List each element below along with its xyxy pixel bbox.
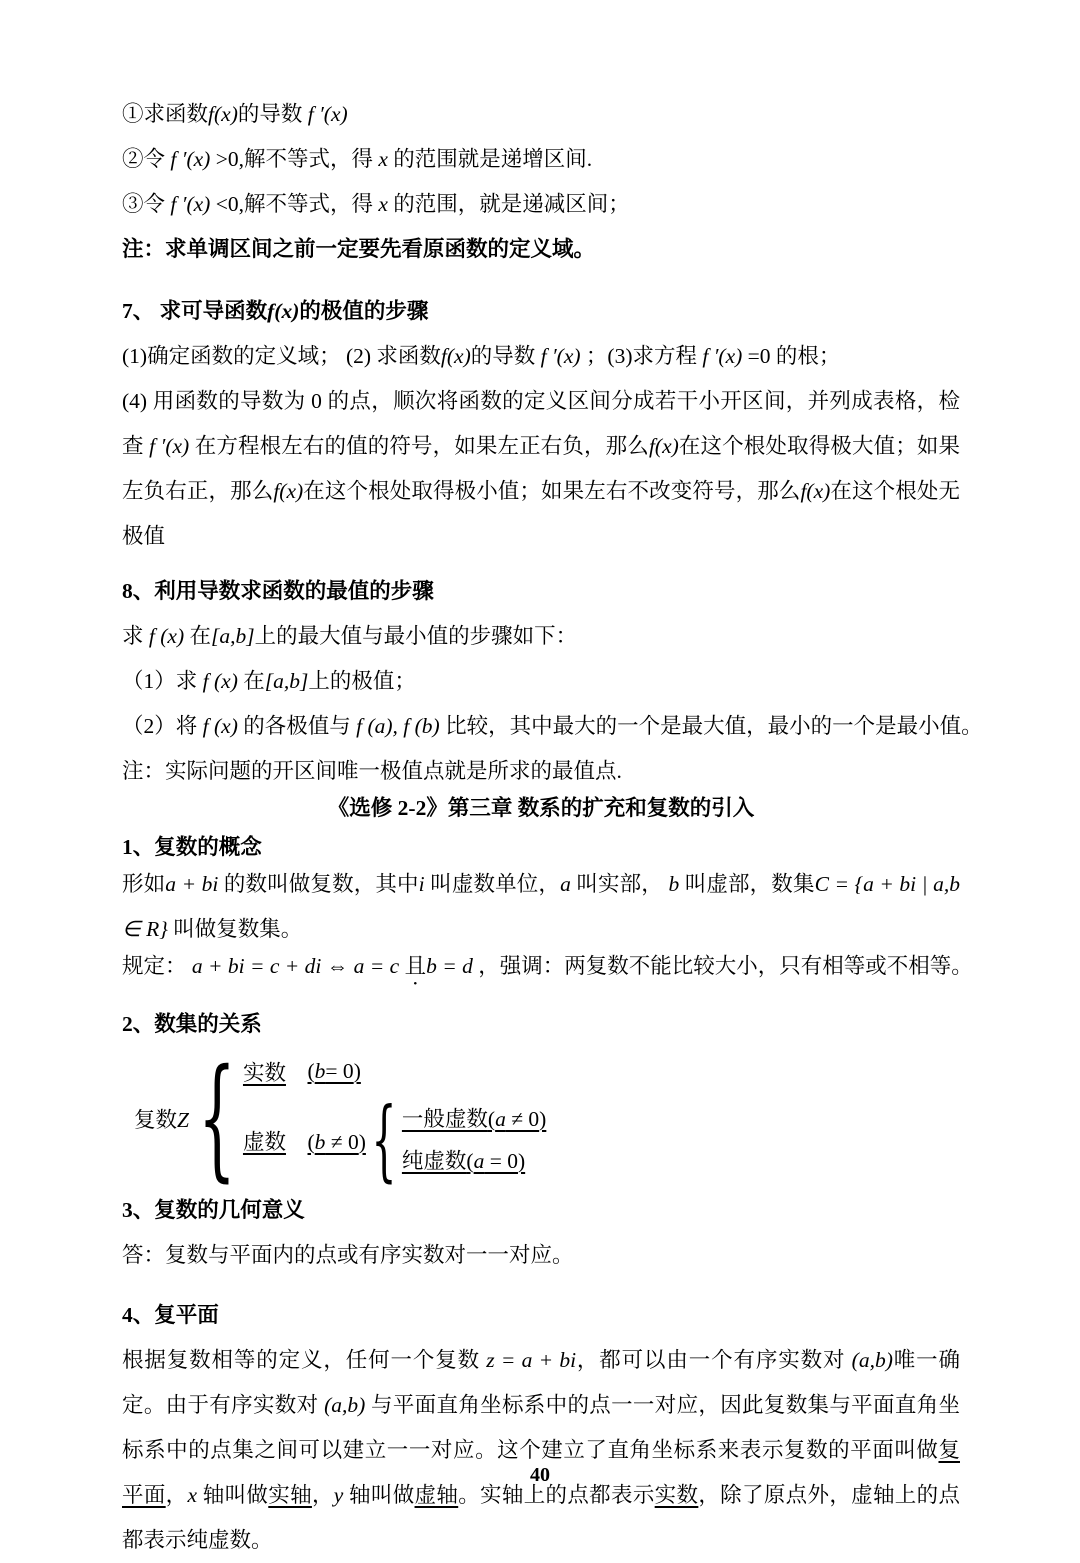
text-run: a + bi xyxy=(165,872,218,896)
complex-rule-line: 规定： a + bi = c + di ⇔ a = c 且b = d ，强调：两… xyxy=(122,944,960,990)
text-run: ，强调：两复数不能比较大小，只有相等或不相等。 xyxy=(473,954,973,978)
text-run: b xyxy=(315,1059,326,1084)
heading-complex-2: 2、数集的关系 xyxy=(122,1002,960,1047)
text-run: [a,b] xyxy=(211,624,255,648)
extreme-steps-1-3: (1)确定函数的定义域； (2) 求函数f(x)的导数 f ′(x) ；(3)求… xyxy=(122,334,960,379)
text-run: f(x) xyxy=(208,102,238,126)
extreme-step-4-paragraph: (4) 用函数的导数为 0 的点，顺次将函数的定义区间分成若干小开区间，并列成表… xyxy=(122,379,960,559)
text-run: 一般虚数 xyxy=(402,1107,488,1131)
heading-complex-3: 3、复数的几何意义 xyxy=(122,1188,960,1233)
text-run: f (x) xyxy=(149,624,184,648)
text-run: f(x) xyxy=(800,479,830,503)
complex-definition-paragraph: 形如a + bi 的数叫做复数，其中i 叫虚数单位，a 叫实部， b 叫虚部，数… xyxy=(122,862,960,952)
text-run: ③令 xyxy=(122,192,170,216)
text-run: ①求函数 xyxy=(122,102,208,126)
text-run: （1）求 xyxy=(122,669,203,693)
text-run: Z xyxy=(177,1108,189,1132)
text-run: 注：实际问题的开区间唯一极值点就是所求的最值点. xyxy=(122,759,622,783)
text-run: 的导数 xyxy=(238,102,308,126)
branch-imaginary: 虚数 (b ≠ 0) { 一般虚数(a ≠ 0) 纯虚数(a = 0) xyxy=(243,1099,546,1181)
text-run: 叫虚数单位， xyxy=(425,872,560,896)
text-run: x xyxy=(378,147,388,171)
text-run: ( xyxy=(308,1059,315,1084)
branch-imaginary-label: 虚数 (b ≠ 0) xyxy=(243,1125,366,1156)
text-run: 的导数 xyxy=(471,344,541,368)
text-run: a + bi = c + di ⇔ a = c xyxy=(192,954,399,978)
text-run: f ′(x) xyxy=(149,434,189,458)
text-run: 的各极值与 xyxy=(238,714,356,738)
text-run: 1、复数的概念 xyxy=(122,835,262,859)
text-run: 叫实部， xyxy=(571,872,669,896)
text-run: 注：求单调区间之前一定要先看原函数的定义域。 xyxy=(122,237,595,261)
complex-plane-paragraph: 根据复数相等的定义，任何一个复数 z = a + bi，都可以由一个有序实数对 … xyxy=(122,1338,960,1563)
text-run: (a,b) xyxy=(852,1348,893,1372)
text-run: = 0 xyxy=(484,1149,518,1173)
text-run: 7、 求可导函数 xyxy=(122,299,267,323)
text-run: (a,b) xyxy=(324,1393,365,1417)
maxmin-step-2: （2）将 f (x) 的各极值与 f (a), f (b) 比较，其中最大的一个… xyxy=(122,704,960,749)
text-run: 答：复数与平面内的点或有序实数对一一对应。 xyxy=(122,1243,574,1267)
text-run: x xyxy=(378,192,388,216)
note-monotonic: 注：求单调区间之前一定要先看原函数的定义域。 xyxy=(122,227,960,272)
text-run: 在 xyxy=(238,669,265,693)
text-run: 《选修 2-2》第三章 数系的扩充和复数的引入 xyxy=(328,796,754,820)
text-run xyxy=(286,1130,308,1154)
text-run: 形如 xyxy=(122,872,165,896)
text-run: z = a + bi xyxy=(486,1348,576,1372)
text-run: 在 xyxy=(184,624,211,648)
branch-real: 实数 (b = 0) xyxy=(243,1056,546,1087)
text-run: 4、复平面 xyxy=(122,1303,219,1327)
line-step-2: ②令 f ′(x) >0,解不等式，得 x 的范围就是递增区间. xyxy=(122,137,960,182)
text-run: f(x) xyxy=(267,299,299,323)
text-run: ( xyxy=(466,1149,473,1173)
text-run: 规定： xyxy=(122,954,192,978)
text-run: ) xyxy=(359,1130,366,1154)
text-run: （2）将 xyxy=(122,714,203,738)
subbranch-pure-imaginary: 纯虚数(a = 0) xyxy=(402,1141,546,1181)
maxmin-intro: 求 f (x) 在[a,b]上的最大值与最小值的步骤如下： xyxy=(122,614,960,659)
text-run: =0 的根； xyxy=(742,344,840,368)
text-run: ②令 xyxy=(122,147,170,171)
text-run: 且 xyxy=(405,954,427,978)
text-run: 2、数集的关系 xyxy=(122,1012,262,1036)
text-run: 的范围就是递增区间. xyxy=(388,147,592,171)
text-run: ≠ 0 xyxy=(506,1107,539,1131)
text-run: 叫做复数集。 xyxy=(168,917,302,941)
text-run: f(x) xyxy=(441,344,471,368)
text-run: <0,解不等式，得 xyxy=(210,192,378,216)
text-run: f ′(x) xyxy=(702,344,742,368)
line-step-3: ③令 f ′(x) <0,解不等式，得 x 的范围，就是递减区间； xyxy=(122,182,960,227)
text-run: a xyxy=(474,1149,485,1173)
heading-section-7: 7、 求可导函数f(x)的极值的步骤 xyxy=(122,289,960,334)
text-run: 纯虚数 xyxy=(402,1149,467,1173)
text-run: 在这个根处取得极小值；如果左右不改变符号，那么 xyxy=(303,479,800,503)
text-run: 比较，其中最大的一个是最大值，最小的一个是最小值。 xyxy=(440,714,983,738)
diagram-label: 复数Z xyxy=(134,1103,189,1134)
text-run: 的极值的步骤 xyxy=(299,299,428,323)
text-run: 上的极值； xyxy=(308,669,416,693)
text-run: f (a), f (b) xyxy=(356,714,440,738)
text-run: [a,b] xyxy=(265,669,309,693)
text-run: f(x) xyxy=(649,434,679,458)
line-step-1: ①求函数f(x)的导数 f ′(x) xyxy=(122,92,960,137)
imaginary-subbranches: 一般虚数(a ≠ 0) 纯虚数(a = 0) xyxy=(402,1099,546,1181)
text-run: ，都可以由一个有序实数对 xyxy=(576,1348,852,1372)
text-run: ；(3)求方程 xyxy=(581,344,703,368)
text-run: a xyxy=(560,872,571,896)
text-run: 根据复数相等的定义，任何一个复数 xyxy=(122,1348,486,1372)
text-run: 在方程根左右的值的符号，如果左正右负，那么 xyxy=(189,434,649,458)
text-run: f(x) xyxy=(273,479,303,503)
text-run xyxy=(286,1056,308,1087)
text-run: f ′(x) xyxy=(170,147,210,171)
text-run: 的范围，就是递减区间； xyxy=(388,192,630,216)
text-run: 复数 xyxy=(134,1108,177,1132)
heading-complex-4: 4、复平面 xyxy=(122,1293,960,1338)
text-run: 3、复数的几何意义 xyxy=(122,1198,305,1222)
text-run: ) xyxy=(354,1059,361,1084)
text-run: 实数 xyxy=(243,1056,286,1087)
text-run: ≠ 0 xyxy=(325,1130,358,1154)
text-run: f (x) xyxy=(203,714,238,738)
text-run: = 0 xyxy=(325,1059,353,1084)
text-run: ) xyxy=(518,1149,525,1173)
text-run: 的数叫做复数，其中 xyxy=(218,872,418,896)
text-run: 虚数 xyxy=(243,1130,286,1154)
text-run: f ′(x) xyxy=(308,102,348,126)
text-run: b xyxy=(668,872,679,896)
text-run: (1)确定函数的定义域； (2) 求函数 xyxy=(122,344,441,368)
page-number: 40 xyxy=(0,1464,1080,1487)
document-page: ①求函数f(x)的导数 f ′(x) ②令 f ′(x) >0,解不等式，得 x… xyxy=(0,0,1080,1527)
maxmin-step-1: （1）求 f (x) 在[a,b]上的极值； xyxy=(122,659,960,704)
subbranch-general-imaginary: 一般虚数(a ≠ 0) xyxy=(402,1099,546,1139)
text-run: f ′(x) xyxy=(541,344,581,368)
diagram-branches: 实数 (b = 0) 虚数 (b ≠ 0) { 一般虚数(a ≠ 0) 纯虚数(… xyxy=(243,1056,546,1181)
text-run: a xyxy=(495,1107,506,1131)
text-run: f ′(x) xyxy=(170,192,210,216)
text-run: b = d xyxy=(426,954,473,978)
text-run: 求 xyxy=(122,624,149,648)
number-set-diagram: 复数Z { 实数 (b = 0) 虚数 (b ≠ 0) { 一般虚数(a ≠ 0… xyxy=(134,1051,960,1186)
geometric-meaning-answer: 答：复数与平面内的点或有序实数对一一对应。 xyxy=(122,1233,960,1278)
nested-brace-icon: { xyxy=(371,1100,396,1179)
text-run: ) xyxy=(539,1107,546,1131)
text-run: >0,解不等式，得 xyxy=(210,147,378,171)
heading-section-8: 8、利用导数求函数的最值的步骤 xyxy=(122,569,960,614)
text-run: ( xyxy=(308,1130,315,1154)
text-run: b xyxy=(315,1130,326,1154)
text-run: 8、利用导数求函数的最值的步骤 xyxy=(122,579,434,603)
text-run: f (x) xyxy=(203,669,238,693)
text-run: 上的最大值与最小值的步骤如下： xyxy=(255,624,578,648)
text-run: 叫虚部，数集 xyxy=(679,872,814,896)
left-brace-icon: { xyxy=(198,1059,236,1178)
